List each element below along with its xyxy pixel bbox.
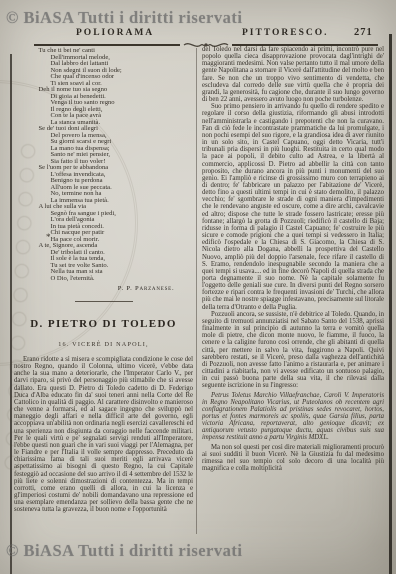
header-rule-left <box>34 44 180 46</box>
article-paragraph: del Toledo nel darsi da fare spiacendo a… <box>202 46 384 103</box>
article-subtitle: 16. VICERÈ DI NAPOLI, <box>14 341 193 348</box>
article-title: D. PIETRO DI TOLEDO <box>14 318 193 330</box>
poem-line: O Dio, l'eternità. <box>24 276 184 283</box>
article-body: Erano ridotte a sì misera e scompigliata… <box>14 356 193 513</box>
right-column: del Toledo nel darsi da fare spiacendo a… <box>202 46 384 472</box>
watermark-top: © BiASA Tutti i diritti riservati <box>6 8 242 28</box>
article-paragraph: Suo primo pensiero in arrivando fu quell… <box>202 103 384 311</box>
article-paragraph: Erano ridotte a sì misera e scompigliata… <box>14 356 193 513</box>
watermark-bottom: © BiASA Tutti i diritti riservati <box>6 541 242 561</box>
poem: Tu che ti bei ne' cantiDell'immortal mel… <box>24 48 184 282</box>
latin-inscription: Petrus Toletus Marchio Villaefranchae, C… <box>202 392 384 442</box>
scanned-page: { "colors": { "paper": "#d0cdc4", "ink":… <box>0 0 396 574</box>
article-paragraph: Ma non sol questi per così dire material… <box>202 444 384 473</box>
section-divider-rule <box>75 301 133 302</box>
column-rule <box>196 48 197 534</box>
left-column: Tu che ti bei ne' cantiDell'immortal mel… <box>14 48 193 292</box>
page-edge-right-line <box>389 34 392 574</box>
journal-title-left: POLIORAMA <box>76 28 154 38</box>
article-paragraph: Pozzuoli ancora, se sussiste, n'è debitr… <box>202 311 384 390</box>
page-number: 271 <box>354 27 373 38</box>
poem-signature: P. P. Parzanese. <box>15 285 193 292</box>
journal-title-right: PITTORESCO. <box>242 28 329 38</box>
